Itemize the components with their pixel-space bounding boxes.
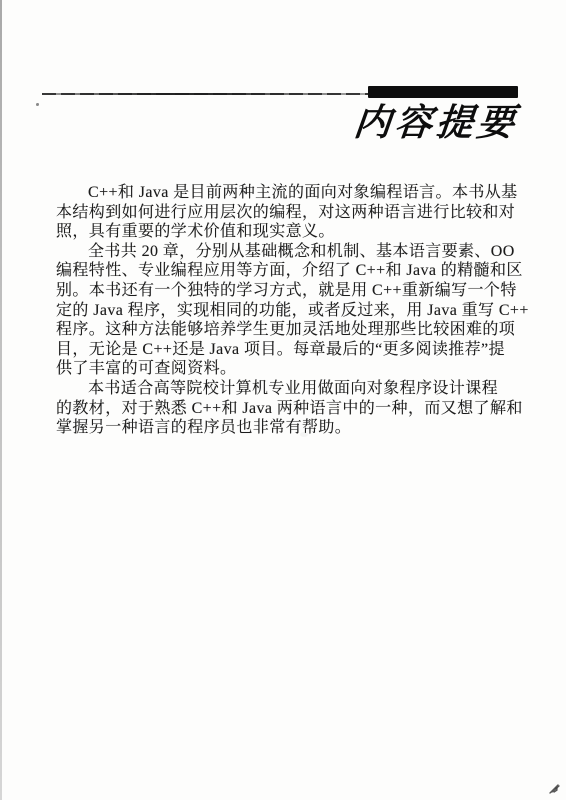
header-rule-black-bar [368, 86, 518, 98]
abstract-line-9: 目，无论是 C++还是 Java 项目。每章最后的“更多阅读推荐”提 [56, 340, 526, 360]
abstract-line-7: 定的 Java 程序，实现相同的功能，或者反过来，用 Java 重写 C++ [56, 301, 526, 321]
abstract-body-text: C++和 Java 是目前两种主流的面向对象编程语言。本书从基本结构到如何进行应… [56, 183, 526, 438]
page-title: 内容提要 [352, 101, 521, 145]
abstract-line-13: 掌握另一种语言的程序员也非常有帮助。 [56, 418, 526, 438]
abstract-line-5: 编程特性、专业编程应用等方面，介绍了 C++和 Java 的精髓和区 [56, 261, 526, 281]
pen-scribble-mark [548, 782, 562, 795]
abstract-line-1: C++和 Java 是目前两种主流的面向对象编程语言。本书从基 [56, 183, 526, 203]
abstract-line-6: 别。本书还有一个独特的学习方式，就是用 C++重新编写一个特 [56, 281, 526, 301]
abstract-line-3: 照，具有重要的学术价值和现实意义。 [56, 222, 526, 242]
abstract-line-11: 本书适合高等院校计算机专业用做面向对象程序设计课程 [56, 379, 526, 399]
scanned-book-page: 内容提要 C++和 Java 是目前两种主流的面向对象编程语言。本书从基本结构到… [0, 0, 566, 800]
ink-speck [36, 103, 39, 106]
abstract-line-10: 供了丰富的可查阅资料。 [56, 359, 526, 379]
abstract-line-2: 本结构到如何进行应用层次的编程，对这两种语言进行比较和对 [56, 203, 526, 223]
scan-smudge [440, 315, 450, 321]
abstract-line-4: 全书共 20 章，分别从基础概念和机制、基本语言要素、OO [56, 242, 526, 262]
abstract-line-8: 程序。这种方法能够培养学生更加灵活地处理那些比较困难的项 [56, 320, 526, 340]
scan-left-edge-line [0, 0, 2, 800]
header-rule-thin-line [42, 93, 368, 95]
scan-smudge [300, 432, 308, 437]
abstract-line-12: 的教材，对于熟悉 C++和 Java 两种语言中的一种，而又想了解和 [56, 399, 526, 419]
